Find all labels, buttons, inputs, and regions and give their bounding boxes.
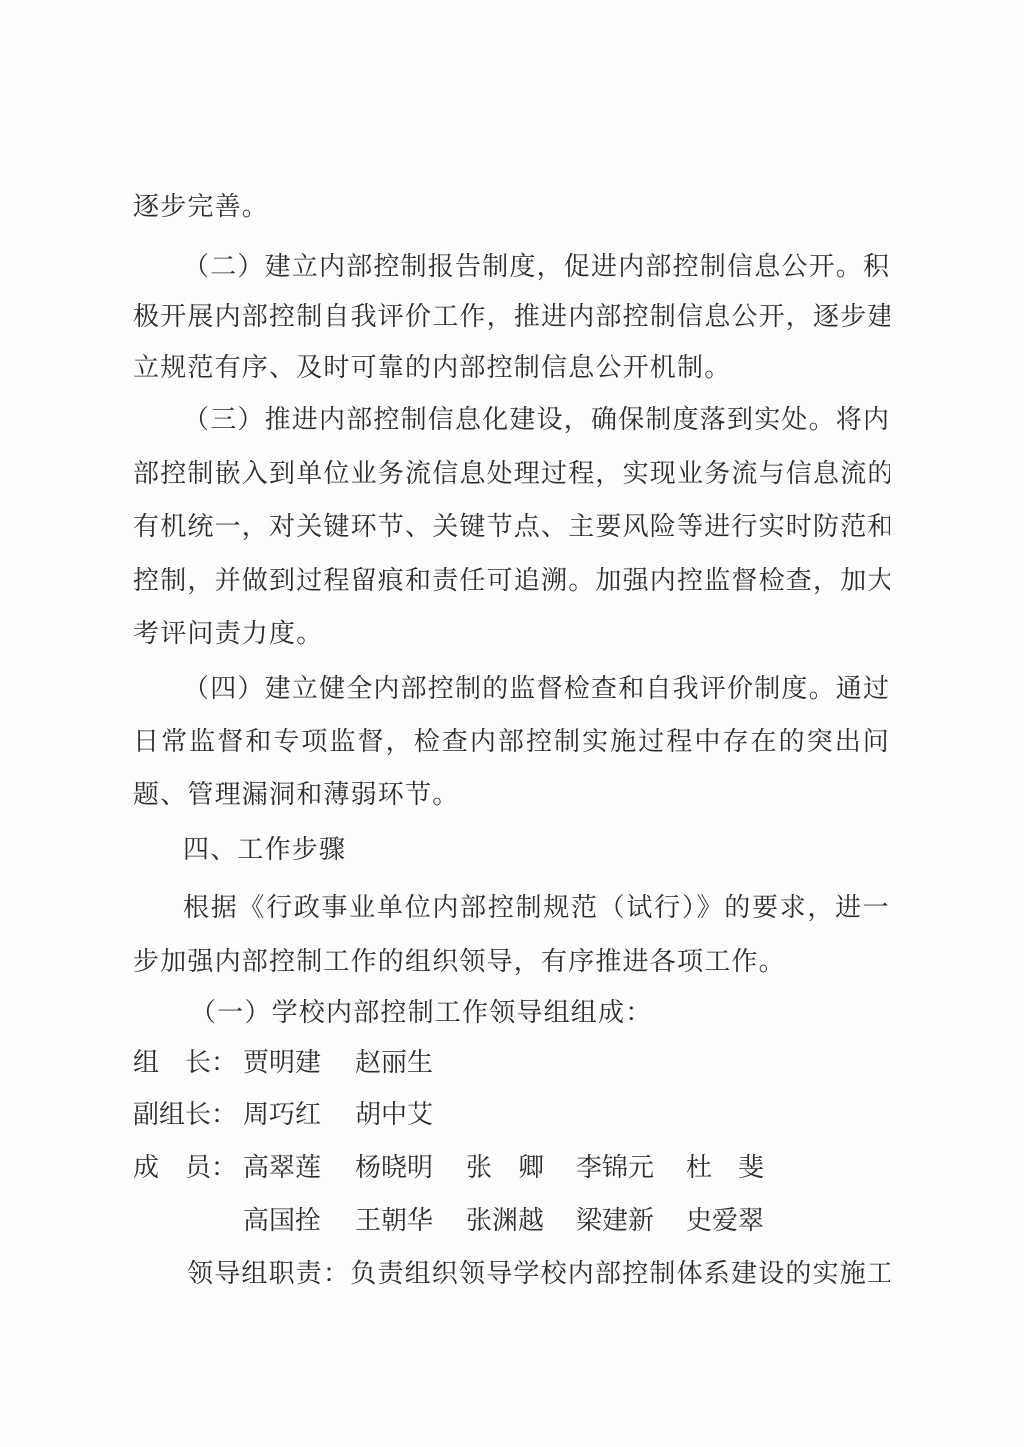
paragraph-line: 逐步完善。 [133, 187, 890, 227]
roster-leader: 组 长： 贾明建 赵丽生 [133, 1043, 890, 1083]
member-name: 高国拴 [243, 1201, 321, 1241]
paragraph-line: 控制，并做到过程留痕和责任可追溯。加强内控监督检查，加大 [133, 561, 890, 601]
subsection-heading: （一）学校内部控制工作领导组组成： [190, 993, 897, 1033]
paragraph-heading-3: （三）推进内部控制信息化建设，确保制度落到实处。将内 [183, 400, 890, 440]
member-name: 杜 斐 [686, 1148, 764, 1188]
member-name: 贾明建 [243, 1043, 321, 1083]
paragraph-line: 根据《行政事业单位内部控制规范（试行）》的要求，进一 [183, 888, 890, 928]
paragraph-line: 部控制嵌入到单位业务流信息处理过程，实现业务流与信息流的 [133, 454, 890, 494]
member-name: 李锦元 [576, 1148, 654, 1188]
paragraph-heading-4: （四）建立健全内部控制的监督检查和自我评价制度。通过 [183, 669, 890, 709]
section-heading: 四、工作步骤 [183, 830, 890, 870]
member-name: 梁建新 [576, 1201, 654, 1241]
paragraph-line: 题、管理漏洞和薄弱环节。 [133, 775, 890, 815]
paragraph-line: 极开展内部控制自我评价工作，推进内部控制信息公开，逐步建 [133, 297, 890, 337]
member-name: 赵丽生 [355, 1043, 433, 1083]
paragraph-line: 考评问责力度。 [133, 614, 890, 654]
roster-deputy: 副组长： 周巧红 胡中艾 [133, 1095, 890, 1135]
member-name: 胡中艾 [355, 1095, 433, 1135]
role-label: 组 长： [133, 1043, 243, 1083]
member-name: 张 卿 [466, 1148, 544, 1188]
paragraph-line: 步加强内部控制工作的组织领导，有序推进各项工作。 [133, 942, 890, 982]
roster-members-continued: 高国拴 王朝华 张渊越 梁建新 史爱翠 [133, 1201, 890, 1241]
member-name: 王朝华 [355, 1201, 433, 1241]
member-name: 杨晓明 [355, 1148, 433, 1188]
role-label: 副组长： [133, 1095, 243, 1135]
duty-paragraph-line: 领导组职责：负责组织领导学校内部控制体系建设的实施工 [187, 1254, 890, 1294]
member-name: 高翠莲 [243, 1148, 321, 1188]
document-page: 逐步完善。 （二）建立内部控制报告制度，促进内部控制信息公开。积 极开展内部控制… [0, 0, 1024, 1447]
member-name: 张渊越 [466, 1201, 544, 1241]
paragraph-line: 日常监督和专项监督，检查内部控制实施过程中存在的突出问 [133, 722, 890, 762]
roster-members: 成 员： 高翠莲 杨晓明 张 卿 李锦元 杜 斐 [133, 1148, 890, 1188]
member-name: 史爱翠 [686, 1201, 764, 1241]
paragraph-line: 立规范有序、及时可靠的内部控制信息公开机制。 [133, 348, 890, 388]
paragraph-heading-2: （二）建立内部控制报告制度，促进内部控制信息公开。积 [183, 247, 890, 287]
paragraph-line: 有机统一，对关键环节、关键节点、主要风险等进行实时防范和 [133, 507, 890, 547]
member-name: 周巧红 [243, 1095, 321, 1135]
role-label: 成 员： [133, 1148, 243, 1188]
